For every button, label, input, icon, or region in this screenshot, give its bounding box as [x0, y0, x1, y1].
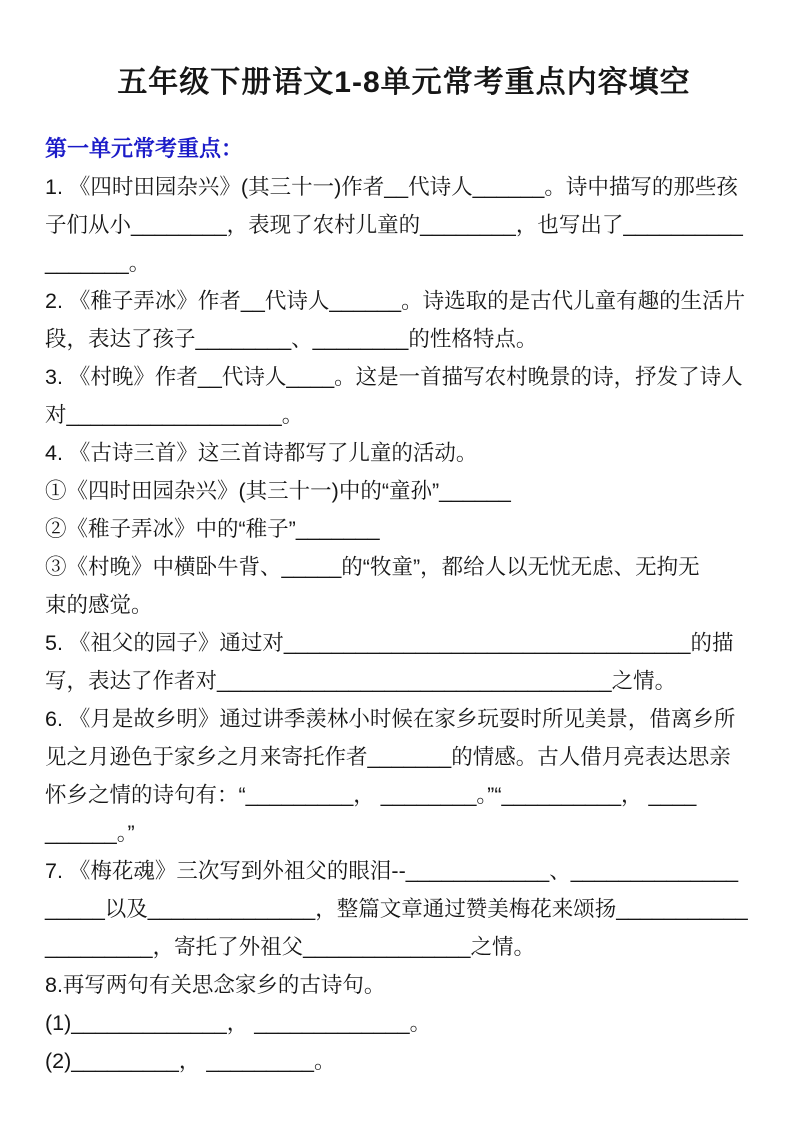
worksheet-page: 五年级下册语文1-8单元常考重点内容填空 第一单元常考重点： 1. 《四时田园杂…	[0, 0, 793, 1121]
question-3-line-2: 对__________________。	[45, 396, 751, 434]
question-6-line-4: ______。”	[45, 814, 751, 852]
question-4-line-1: 4. 《古诗三首》这三首诗都写了儿童的活动。	[45, 434, 751, 472]
question-7-line-3: _________，寄托了外祖父______________之情。	[45, 928, 751, 966]
question-4-subitem-1: ①《四时田园杂兴》(其三十一)中的“童孙”______	[45, 472, 751, 510]
question-5-line-1: 5. 《祖父的园子》通过对___________________________…	[45, 624, 751, 662]
question-4-subitem-3: ③《村晚》中横卧牛背、_____的“牧童”，都给人以无忧无虑、无拘无	[45, 548, 751, 586]
question-1-line-3: _______。	[45, 244, 751, 282]
question-1-line-1: 1. 《四时田园杂兴》(其三十一)作者__代诗人______。诗中描写的那些孩	[45, 168, 751, 206]
question-1: 1. 《四时田园杂兴》(其三十一)作者__代诗人______。诗中描写的那些孩 …	[45, 168, 751, 282]
question-3-line-1: 3. 《村晚》作者__代诗人____。这是一首描写农村晚景的诗，抒发了诗人	[45, 358, 751, 396]
question-6-line-2: 见之月逊色于家乡之月来寄托作者_______的情感。古人借月亮表达思亲	[45, 738, 751, 776]
question-4-subitem-2: ②《稚子弄冰》中的“稚子”_______	[45, 510, 751, 548]
question-2-line-2: 段，表达了孩子________、________的性格特点。	[45, 320, 751, 358]
question-2-line-1: 2. 《稚子弄冰》作者__代诗人______。诗选取的是古代儿童有趣的生活片	[45, 282, 751, 320]
question-8-line-1: 8.再写两句有关思念家乡的古诗句。	[45, 966, 751, 1004]
question-8: 8.再写两句有关思念家乡的古诗句。 (1)_____________， ____…	[45, 966, 751, 1080]
question-4-subitem-3-wrap: 束的感觉。	[45, 586, 751, 624]
question-6-line-3: 怀乡之情的诗句有：“_________， ________。”“________…	[45, 776, 751, 814]
question-2: 2. 《稚子弄冰》作者__代诗人______。诗选取的是古代儿童有趣的生活片 段…	[45, 282, 751, 358]
question-8-blank-1: (1)_____________， _____________。	[45, 1004, 751, 1042]
question-3: 3. 《村晚》作者__代诗人____。这是一首描写农村晚景的诗，抒发了诗人 对_…	[45, 358, 751, 434]
question-5-line-2: 写，表达了作者对________________________________…	[45, 662, 751, 700]
question-7: 7. 《梅花魂》三次写到外祖父的眼泪--____________、_______…	[45, 852, 751, 966]
section-heading: 第一单元常考重点：	[45, 130, 751, 168]
question-1-line-2: 子们从小________，表现了农村儿童的________，也写出了______…	[45, 206, 751, 244]
question-6-line-1: 6. 《月是故乡明》通过讲季羡林小时候在家乡玩耍时所见美景，借离乡所	[45, 700, 751, 738]
question-5: 5. 《祖父的园子》通过对___________________________…	[45, 624, 751, 700]
question-8-blank-2: (2)_________， _________。	[45, 1042, 751, 1080]
page-title: 五年级下册语文1-8单元常考重点内容填空	[57, 68, 751, 98]
question-7-line-2: _____以及______________，整篇文章通过赞美梅花来颂扬_____…	[45, 890, 751, 928]
question-7-line-1: 7. 《梅花魂》三次写到外祖父的眼泪--____________、_______…	[45, 852, 751, 890]
question-6: 6. 《月是故乡明》通过讲季羡林小时候在家乡玩耍时所见美景，借离乡所 见之月逊色…	[45, 700, 751, 852]
question-4: 4. 《古诗三首》这三首诗都写了儿童的活动。 ①《四时田园杂兴》(其三十一)中的…	[45, 434, 751, 624]
